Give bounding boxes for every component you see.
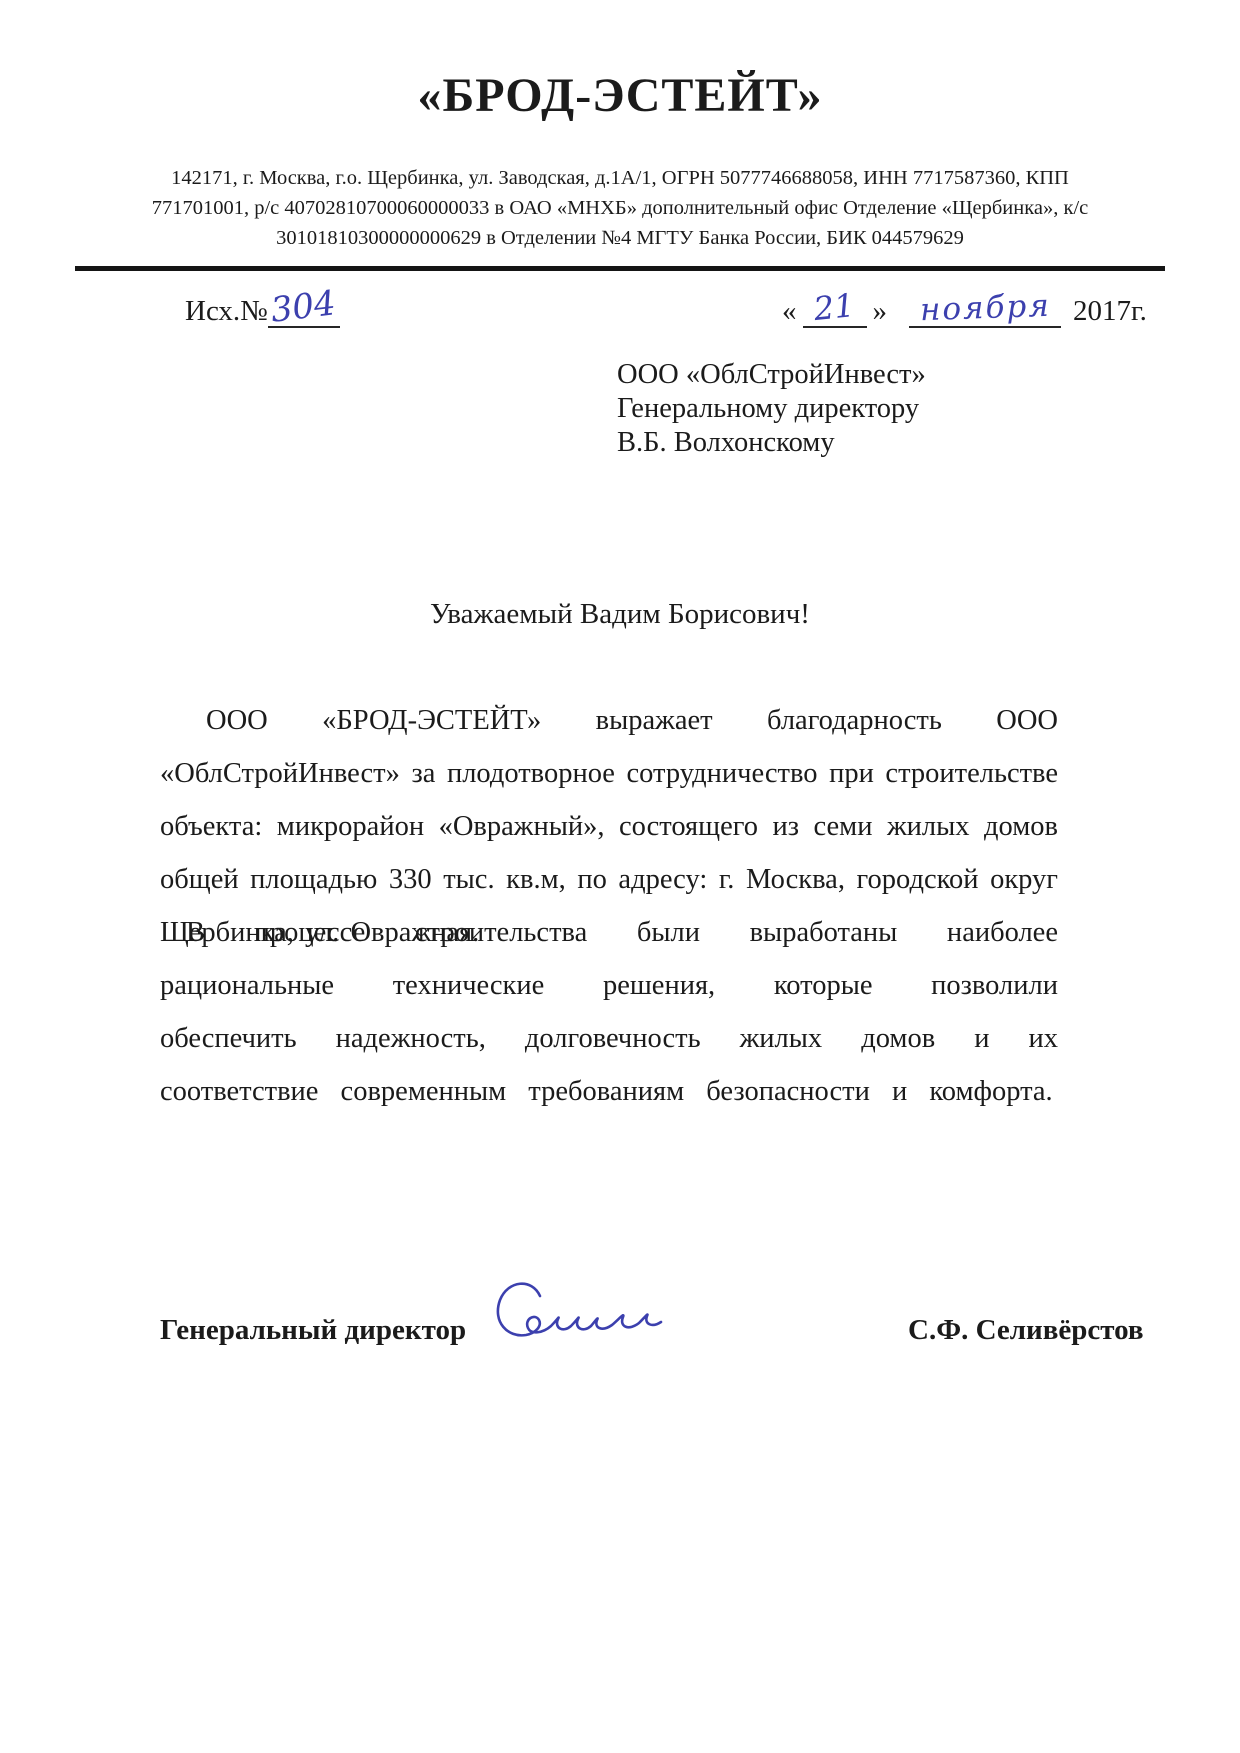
date-close-quote: » (873, 295, 888, 327)
salutation: Уважаемый Вадим Борисович! (0, 598, 1240, 631)
company-requisites: 142171, г. Москва, г.о. Щербинка, ул. За… (75, 163, 1165, 253)
signatory-position: Генеральный директор (160, 1314, 466, 1347)
date-open-quote: « (782, 295, 797, 327)
date-year: 2017г. (1073, 295, 1147, 327)
outgoing-number-blank: 304 (268, 294, 340, 328)
outgoing-label: Исх.№ (185, 295, 268, 327)
requisites-line-3: 30101810300000000629 в Отделении №4 МГТУ… (75, 223, 1165, 253)
company-title: «БРОД-ЭСТЕЙТ» (0, 68, 1240, 123)
letter-page: «БРОД-ЭСТЕЙТ» 142171, г. Москва, г.о. Ще… (0, 0, 1240, 1753)
outgoing-ref: Исх.№304 (185, 294, 340, 328)
handwritten-outgoing-number: 304 (270, 288, 338, 326)
recipient-name: В.Б. Волхонскому (617, 426, 926, 460)
requisites-line-2: 771701001, р/с 40702810700060000033 в ОА… (75, 193, 1165, 223)
body-paragraph-2: В процессе строительства были выработаны… (160, 906, 1058, 1118)
header-divider (75, 266, 1165, 271)
recipient-block: ООО «ОблСтройИнвест» Генеральному директ… (617, 358, 926, 460)
handwritten-signature (478, 1272, 678, 1357)
requisites-line-1: 142171, г. Москва, г.о. Щербинка, ул. За… (75, 163, 1165, 193)
date-day-blank: 21 (803, 294, 867, 328)
date-month-blank: ноября (909, 295, 1061, 328)
handwritten-date-day: 21 (812, 290, 856, 324)
recipient-company: ООО «ОблСтройИнвест» (617, 358, 926, 392)
signatory-name: С.Ф. Селивёрстов (908, 1314, 1144, 1347)
recipient-position: Генеральному директору (617, 392, 926, 426)
handwritten-date-month: ноября (919, 291, 1051, 326)
letter-date: «21»ноября2017г. (782, 294, 1147, 328)
